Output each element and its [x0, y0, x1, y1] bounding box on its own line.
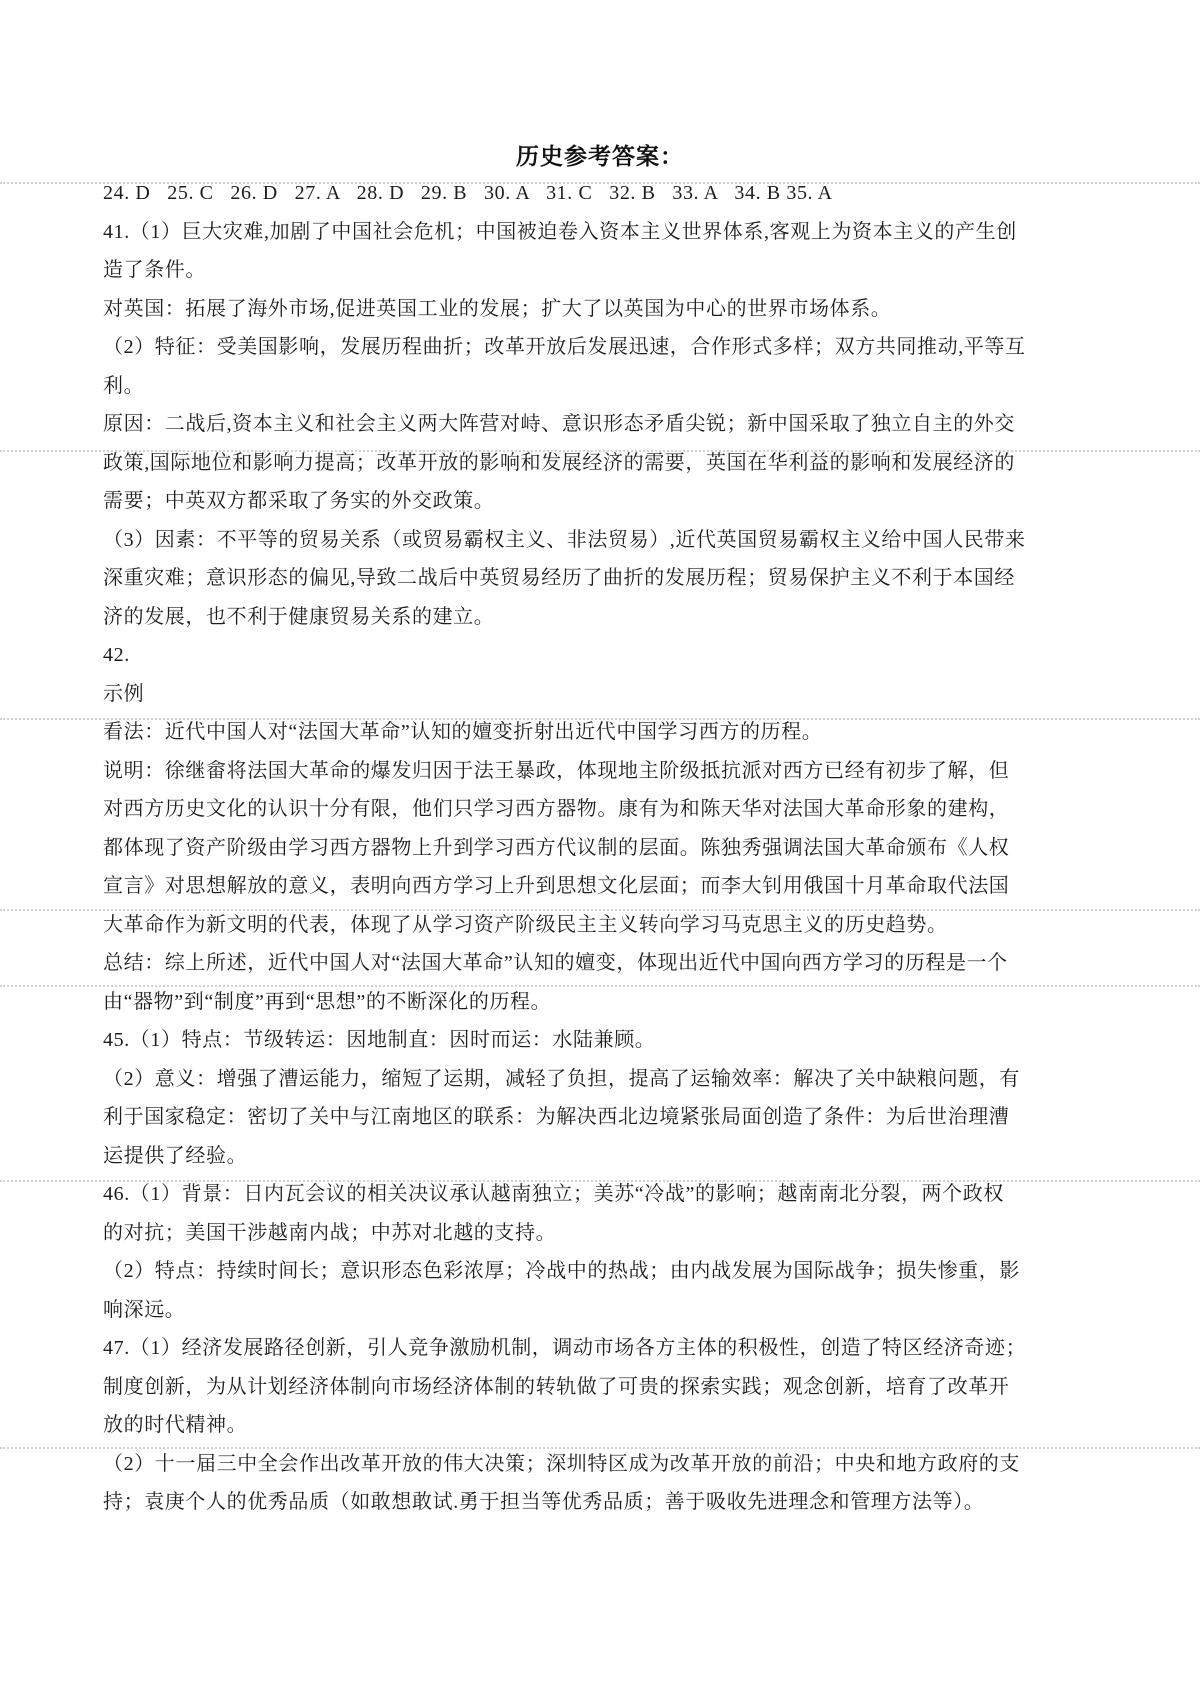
- text-line: 由“器物”到“制度”再到“思想”的不断深化的历程。: [103, 983, 1103, 1022]
- text-line: 41.（1）巨大灾难,加剧了中国社会危机；中国被迫卷入资本主义世界体系,客观上为…: [103, 213, 1103, 252]
- text-line: 利于国家稳定：密切了关中与江南地区的联系：为解决西北边境紧张局面创造了条件：为后…: [103, 1098, 1103, 1137]
- text-line: （2）特点：持续时间长；意识形态色彩浓厚；冷战中的热战；由内战发展为国际战争；损…: [103, 1252, 1103, 1291]
- text-line: 响深远。: [103, 1291, 1103, 1330]
- text-line: 对英国：拓展了海外市场,促进英国工业的发展；扩大了以英国为中心的世界市场体系。: [103, 290, 1103, 329]
- text-line: 宣言》对思想解放的意义，表明向西方学习上升到思想文化层面；而李大钊用俄国十月革命…: [103, 867, 1103, 906]
- text-line: 造了条件。: [103, 251, 1103, 290]
- text-line: 持；袁庚个人的优秀品质（如敢想敢试.勇于担当等优秀品质；善于吸收先进理念和管理方…: [103, 1483, 1103, 1522]
- text-line: 济的发展，也不利于健康贸易关系的建立。: [103, 598, 1103, 637]
- text-line: 大革命作为新文明的代表，体现了从学习资产阶级民主主义转向学习马克思主义的历史趋势…: [103, 906, 1103, 945]
- text-line: 制度创新，为从计划经济体制向市场经济体制的转轨做了可贵的探索实践；观念创新，培育…: [103, 1368, 1103, 1407]
- page-title: 历史参考答案：: [0, 138, 1200, 171]
- question-number-line: 42.: [103, 636, 1103, 675]
- text-line: 利。: [103, 367, 1103, 406]
- text-line: 深重灾难；意识形态的偏见,导致二战后中英贸易经历了曲折的发展历程；贸易保护主义不…: [103, 559, 1103, 598]
- text-line: 运提供了经验。: [103, 1137, 1103, 1176]
- text-line: 总结：综上所述，近代中国人对“法国大革命”认知的嬗变，体现出近代中国向西方学习的…: [103, 944, 1103, 983]
- choice-answers-line: 24. D 25. C 26. D 27. A 28. D 29. B 30. …: [103, 174, 1103, 213]
- text-line: 需要；中英双方都采取了务实的外交政策。: [103, 482, 1103, 521]
- text-line: 都体现了资产阶级由学习西方器物上升到学习西方代议制的层面。陈独秀强调法国大革命颁…: [103, 829, 1103, 868]
- text-line: 对西方历史文化的认识十分有限，他们只学习西方器物。康有为和陈天华对法国大革命形象…: [103, 790, 1103, 829]
- answer-sheet-page: { "title": "历史参考答案：", "lines": [ "24. D …: [0, 0, 1200, 1698]
- text-line: 的对抗；美国干涉越南内战；中苏对北越的支持。: [103, 1214, 1103, 1253]
- text-line: 45.（1）特点：节级转运：因地制直：因时而运：水陆兼顾。: [103, 1021, 1103, 1060]
- text-line: 放的时代精神。: [103, 1406, 1103, 1445]
- text-line: 示例: [103, 675, 1103, 714]
- text-line: （2）特征：受美国影响，发展历程曲折；改革开放后发展迅速，合作形式多样；双方共同…: [103, 328, 1103, 367]
- text-line: （2）意义：增强了漕运能力，缩短了运期，减轻了负担，提高了运输效率：解决了关中缺…: [103, 1060, 1103, 1099]
- text-line: （2）十一届三中全会作出改革开放的伟大决策；深圳特区成为改革开放的前沿；中央和地…: [103, 1445, 1103, 1484]
- text-line: 看法：近代中国人对“法国大革命”认知的嬗变折射出近代中国学习西方的历程。: [103, 713, 1103, 752]
- text-line: 说明：徐继畲将法国大革命的爆发归因于法王暴政，体现地主阶级抵抗派对西方已经有初步…: [103, 752, 1103, 791]
- answer-text-block: 24. D 25. C 26. D 27. A 28. D 29. B 30. …: [103, 174, 1103, 1522]
- text-line: （3）因素：不平等的贸易关系（或贸易霸权主义、非法贸易）,近代英国贸易霸权主义给…: [103, 521, 1103, 560]
- text-line: 原因：二战后,资本主义和社会主义两大阵营对峙、意识形态矛盾尖锐；新中国采取了独立…: [103, 405, 1103, 444]
- text-line: 46.（1）背景：日内瓦会议的相关决议承认越南独立；美苏“冷战”的影响；越南南北…: [103, 1175, 1103, 1214]
- text-line: 政策,国际地位和影响力提高；改革开放的影响和发展经济的需要，英国在华利益的影响和…: [103, 444, 1103, 483]
- text-line: 47.（1）经济发展路径创新，引人竞争激励机制，调动市场各方主体的积极性，创造了…: [103, 1329, 1103, 1368]
